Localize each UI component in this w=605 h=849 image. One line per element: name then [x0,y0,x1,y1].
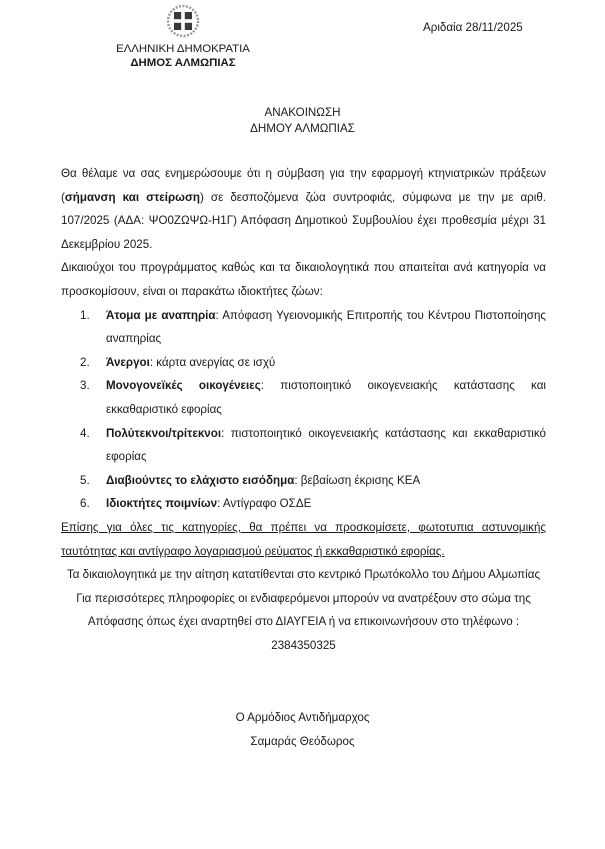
category-docs: : Αντίγραφο ΟΣΔΕ [217,497,311,510]
item-number: 6. [80,492,90,516]
list-item: 4.Πολύτεκνοι/τρίτεκνοι: πιστοποιητικό οι… [61,422,546,469]
info-note: Για περισσότερες πληροφορίες οι ενδιαφερ… [61,587,546,634]
item-number: 2. [80,351,90,375]
list-item: 1.Άτομα με αναπηρία: Απόφαση Υγειονομική… [61,304,546,351]
category-label: Πολύτεκνοι/τρίτεκνοι [106,427,221,440]
title-line-2: ΔΗΜΟΥ ΑΛΜΩΠΙΑΣ [0,121,605,137]
document-title: ΑΝΑΚΟΙΝΩΣΗ ΔΗΜΟΥ ΑΛΜΩΠΙΑΣ [0,105,605,137]
phone-number: 2384350325 [61,634,546,658]
common-documents-note: Επίσης για όλες τις κατηγορίες, θα πρέπε… [61,516,546,563]
item-number: 1. [80,304,90,328]
submission-note: Τα δικαιολογητικά με την αίτηση κατατίθε… [61,563,546,587]
categories-list: 1.Άτομα με αναπηρία: Απόφαση Υγειονομική… [61,304,546,516]
list-item: 2.Άνεργοι: κάρτα ανεργίας σε ισχύ [61,351,546,375]
list-item: 5.Διαβιούντες το ελάχιστο εισόδημα: βεβα… [61,469,546,493]
category-label: Διαβιούντες το ελάχιστο εισόδημα [106,474,294,487]
intro-bold-text: σήμανση και στείρωση [65,191,200,204]
signatory-role: Ο Αρμόδιος Αντιδήμαρχος [0,706,605,730]
category-docs: : κάρτα ανεργίας σε ισχύ [150,356,275,369]
signature-block: Ο Αρμόδιος Αντιδήμαρχος Σαμαράς Θεόδωρος [0,706,605,753]
category-label: Ιδιοκτήτες ποιμνίων [106,497,217,510]
category-label: Μονογονεϊκές οικογένειες [106,379,261,392]
beneficiaries-intro: Δικαιούχοι του προγράμματος καθώς και τα… [61,256,546,303]
title-line-1: ΑΝΑΚΟΙΝΩΣΗ [0,105,605,121]
intro-paragraph: Θα θέλαμε να σας ενημερώσουμε ότι η σύμβ… [61,162,546,256]
issuer-block: ΕΛΛΗΝΙΚΗ ΔΗΜΟΚΡΑΤΙΑ ΔΗΜΟΣ ΑΛΜΩΠΙΑΣ [108,42,258,70]
item-number: 3. [80,374,90,398]
list-item: 6.Ιδιοκτήτες ποιμνίων: Αντίγραφο ΟΣΔΕ [61,492,546,516]
item-number: 5. [80,469,90,493]
category-label: Άνεργοι [106,356,150,369]
document-body: Θα θέλαμε να σας ενημερώσουμε ότι η σύμβ… [61,162,546,657]
signatory-name: Σαμαράς Θεόδωρος [0,730,605,754]
category-label: Άτομα με αναπηρία [106,309,216,322]
greek-coat-of-arms-icon [166,4,200,38]
country-name: ΕΛΛΗΝΙΚΗ ΔΗΜΟΚΡΑΤΙΑ [108,42,258,56]
municipality-name: ΔΗΜΟΣ ΑΛΜΩΠΙΑΣ [108,56,258,70]
category-docs: : βεβαίωση έκρισης ΚΕΑ [294,474,420,487]
item-number: 4. [80,422,90,446]
list-item: 3.Μονογονεϊκές οικογένειες: πιστοποιητικ… [61,374,546,421]
place-date: Αριδαία 28/11/2025 [423,21,523,34]
